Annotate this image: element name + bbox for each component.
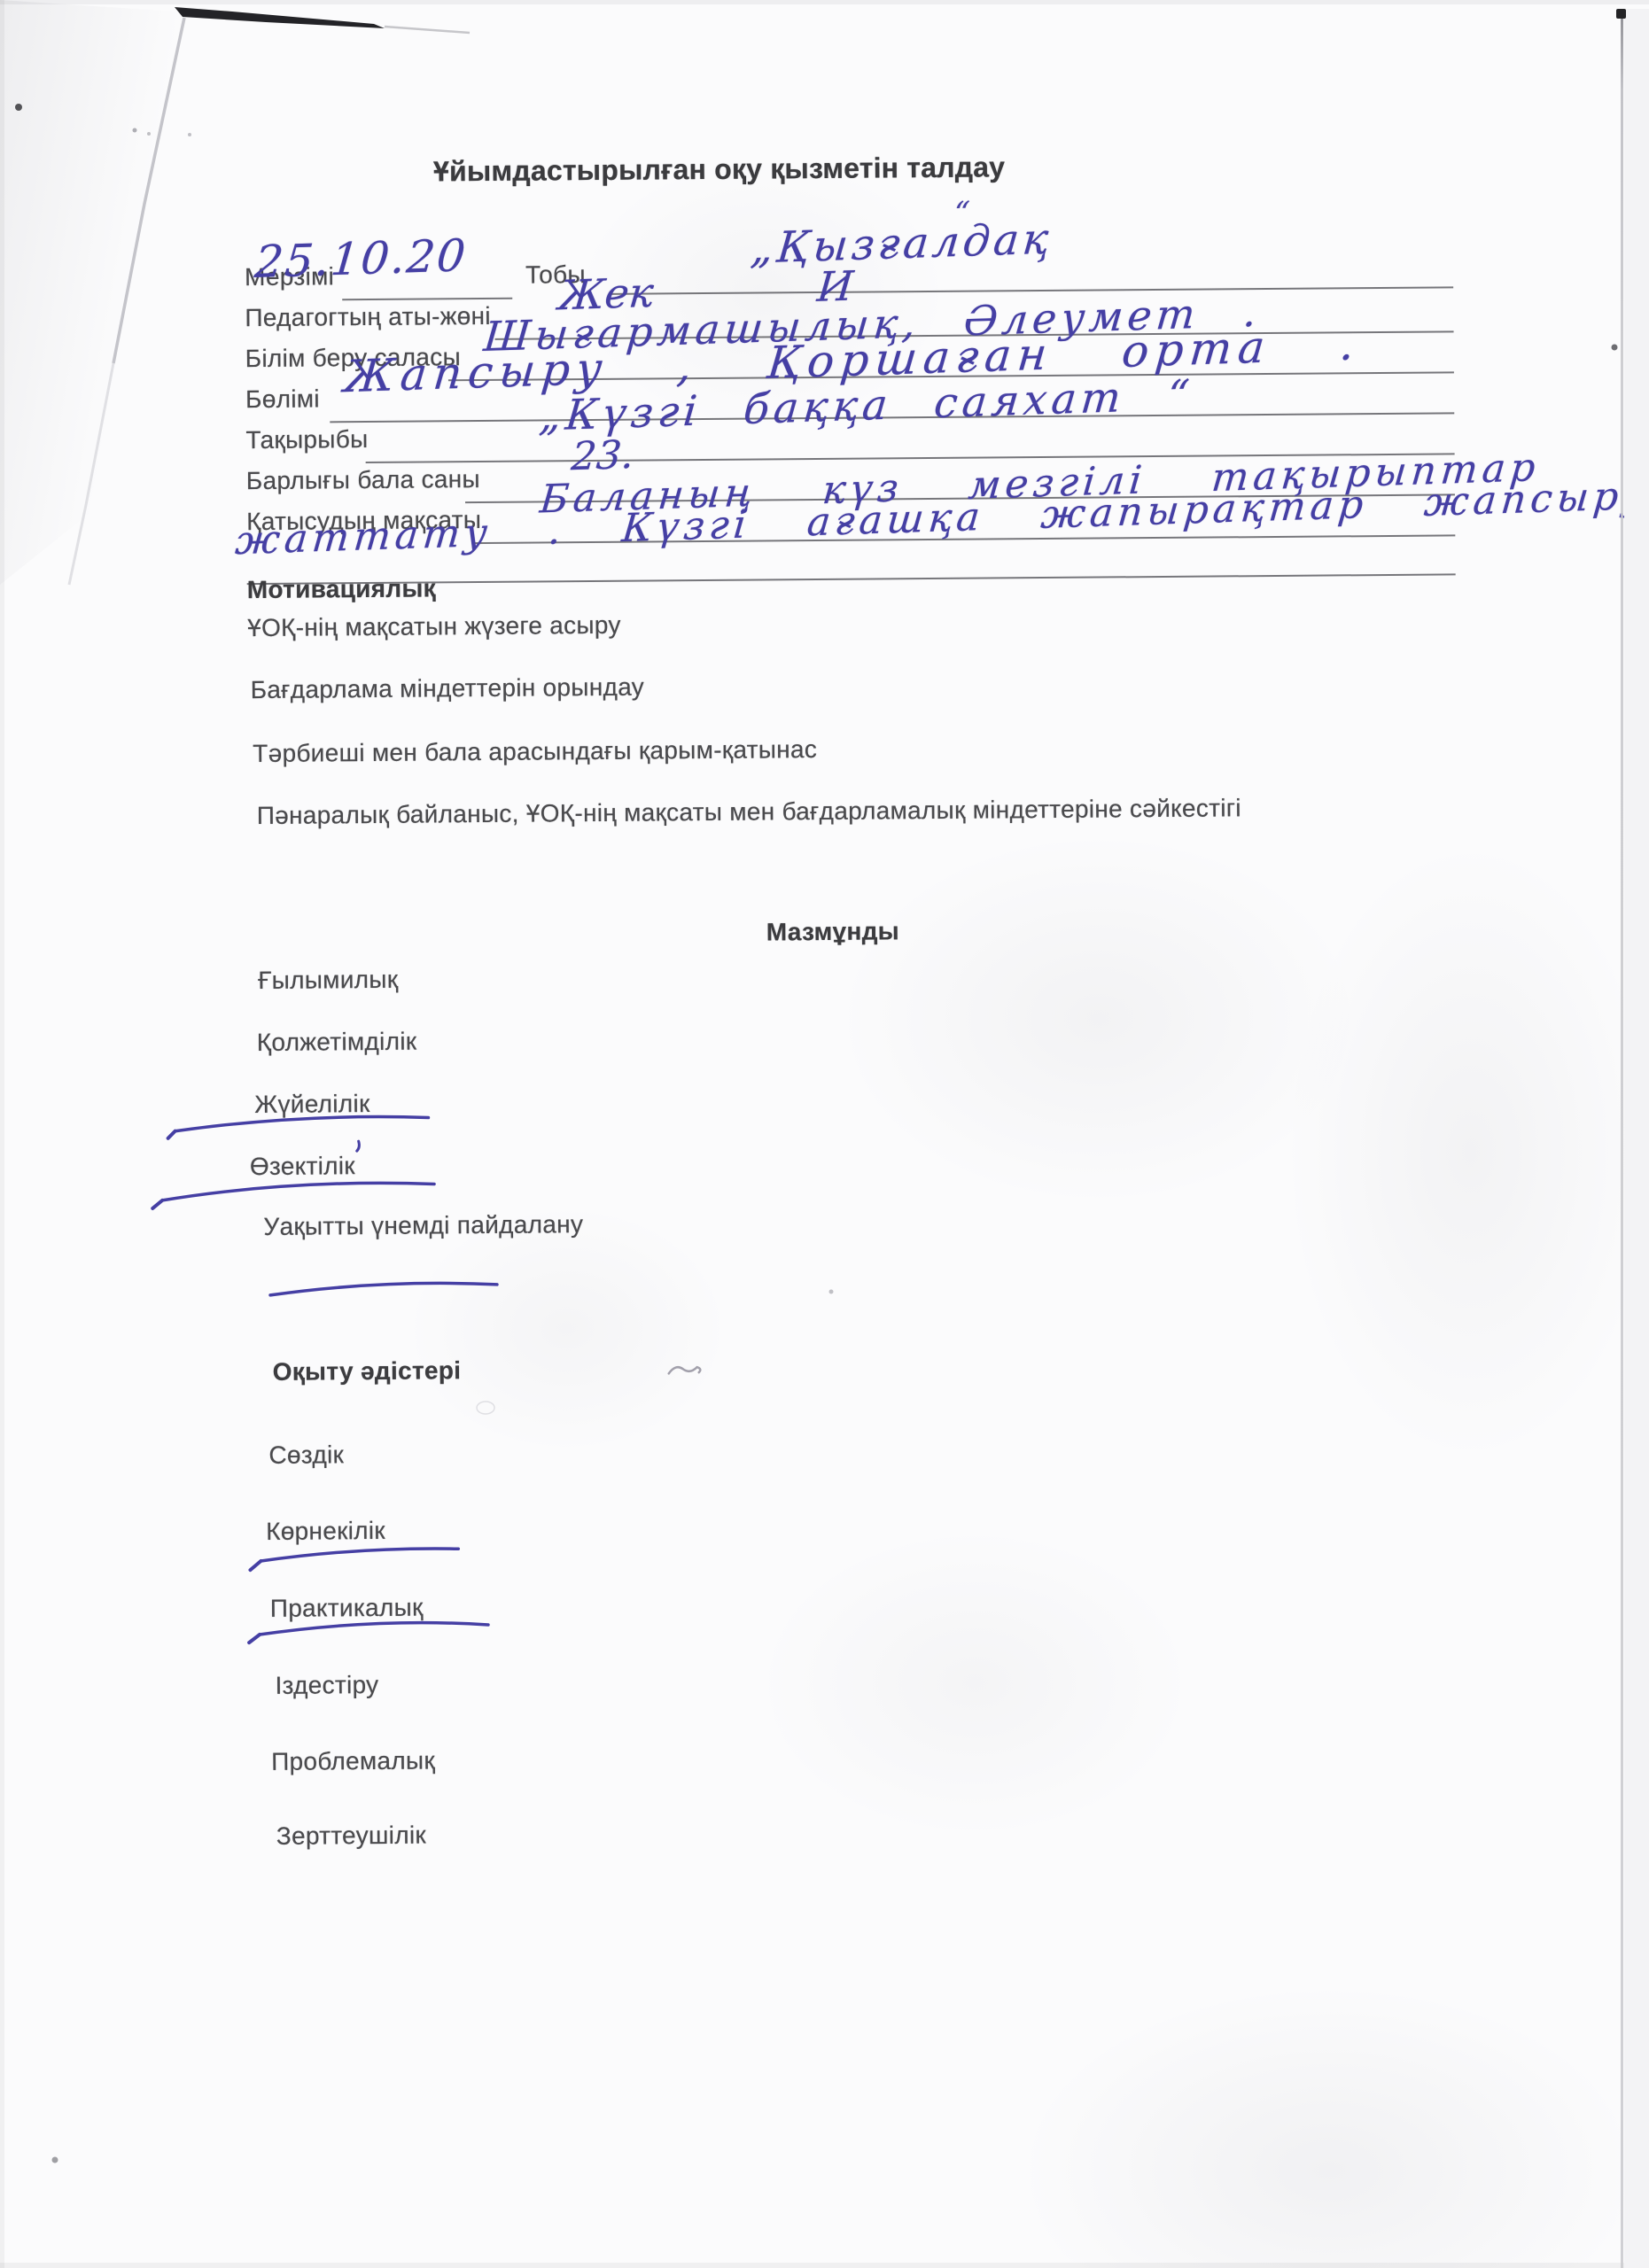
page-right-margin-strip — [1624, 9, 1649, 2268]
pen-line-standalone — [270, 1283, 497, 1295]
pen-underline-ozektilik — [162, 1183, 434, 1200]
section-heading-methods: Оқыту әдістері — [273, 1356, 462, 1386]
pen-underline-tail — [250, 1561, 261, 1570]
document-sheet: Ұйымдастырылған оқу қызметін талдау Мерз… — [0, 0, 1649, 2268]
content-item: Қолжетімділік — [257, 1028, 417, 1057]
faint-circle-mark — [477, 1402, 494, 1414]
handwritten-children-count: 23. — [570, 432, 636, 479]
content-item: Ғылымилық — [258, 966, 398, 995]
scanned-document-page: Ұйымдастырылған оқу қызметін талдау Мерз… — [0, 0, 1649, 2268]
pencil-squiggle-mark — [669, 1367, 701, 1373]
methods-item: Сөздік — [268, 1441, 344, 1470]
corner-dot-mark — [1616, 9, 1626, 19]
field-line-date — [342, 298, 512, 301]
motivational-item: Бағдарлама міндеттерін орындау — [251, 673, 645, 704]
scan-edge-left — [0, 0, 4, 2268]
page-title: Ұйымдастырылған оқу қызметін талдау — [433, 151, 1005, 188]
scan-edge-bottom — [0, 2263, 1649, 2268]
content-item: Уақытты үнемді пайдалану — [263, 1210, 583, 1241]
field-label-topic: Тақырыбы — [245, 425, 368, 454]
handwritten-group-quote: “ — [953, 195, 971, 231]
field-label-department: Бөлімі — [245, 384, 320, 414]
field-label-children-count: Барлығы бала саны — [246, 465, 480, 495]
pen-underline-kornekilik — [261, 1549, 458, 1561]
pen-underline-tail — [152, 1200, 162, 1208]
field-label-teacher: Педагогтың аты-жөні — [245, 302, 491, 332]
methods-item: Зерттеушілік — [276, 1821, 426, 1851]
section-heading-content: Мазмұнды — [766, 917, 899, 946]
motivational-item: ҰОҚ-нің мақсатын жүзеге асыру — [247, 611, 621, 642]
methods-item: Проблемалық — [271, 1746, 435, 1775]
handwritten-date: 25.10.20 — [253, 229, 469, 288]
motivational-item: Тәрбиеші мен бала арасындағы қарым-қатын… — [253, 735, 817, 768]
section-heading-motivational: Мотивациялық — [247, 574, 436, 604]
methods-item: Көрнекілік — [266, 1517, 385, 1546]
pen-underline-praktikalyk — [260, 1622, 488, 1635]
pen-comma-mark — [357, 1141, 360, 1151]
scan-edge-top — [0, 0, 1649, 4]
methods-item: Практикалық — [270, 1594, 424, 1623]
motivational-item: Пәнаралық байланыс, ҰОҚ-нің мақсаты мен … — [257, 794, 1241, 830]
page-right-edge-line — [1621, 11, 1623, 2268]
methods-item: Іздестіру — [275, 1671, 378, 1700]
content-item: Өзектілік — [250, 1152, 355, 1181]
pen-underline-tail — [168, 1131, 175, 1138]
content-item: Жүйелілік — [254, 1090, 369, 1119]
pen-underline-tail — [249, 1635, 260, 1643]
